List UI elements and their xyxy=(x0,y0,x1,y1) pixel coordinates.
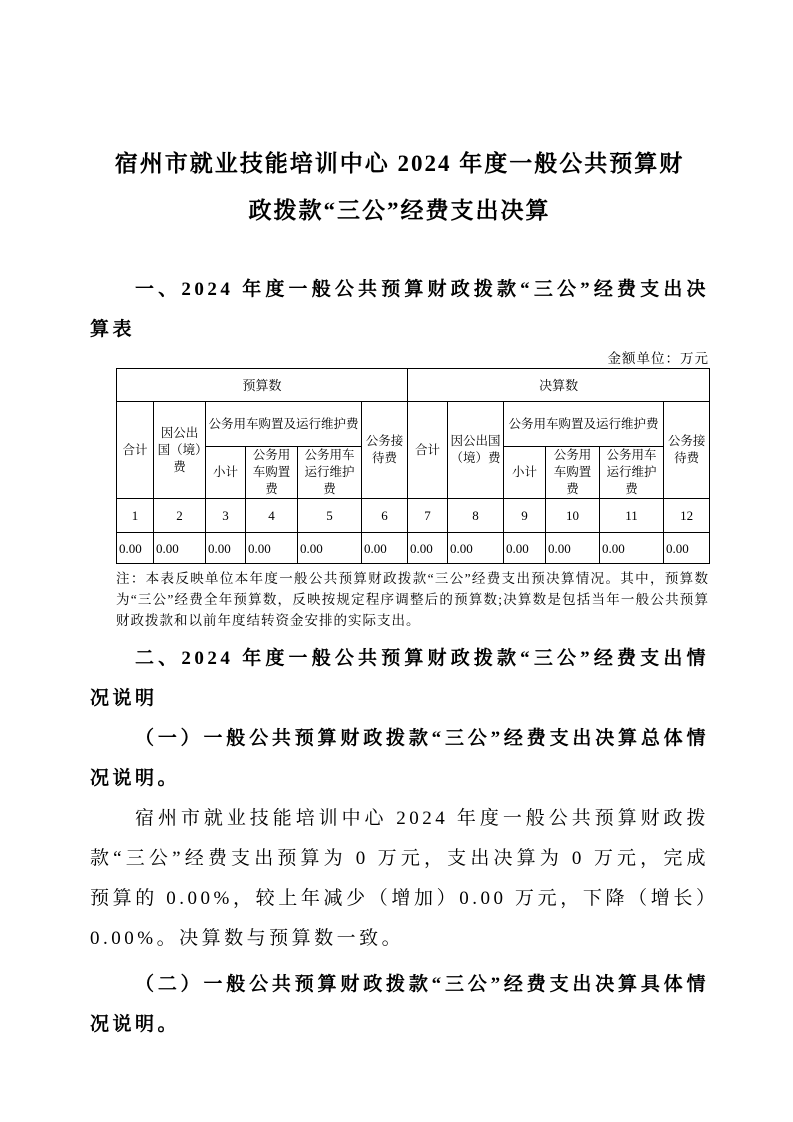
subsection-2-heading: （二）一般公共预算财政拨款“三公”经费支出决算具体情况说明。 xyxy=(90,965,709,1045)
budget-header-total: 合计 xyxy=(117,402,154,499)
budget-header-vehicle-group: 公务用车购置及运行维护费 xyxy=(206,402,362,447)
column-number-10: 10 xyxy=(546,499,600,533)
value-cell-6: 0.00 xyxy=(362,533,408,564)
final-header-abroad: 因公出国（境）费 xyxy=(448,402,504,499)
final-header-reception: 公务接待费 xyxy=(664,402,710,499)
column-number-1: 1 xyxy=(117,499,154,533)
value-cell-8: 0.00 xyxy=(448,533,504,564)
column-number-11: 11 xyxy=(600,499,664,533)
value-cell-9: 0.00 xyxy=(504,533,546,564)
value-cell-10: 0.00 xyxy=(546,533,600,564)
value-cell-7: 0.00 xyxy=(408,533,448,564)
column-number-4: 4 xyxy=(246,499,298,533)
final-header-purchase: 公务用车购置费 xyxy=(546,447,600,499)
value-cell-3: 0.00 xyxy=(206,533,246,564)
final-header-total: 合计 xyxy=(408,402,448,499)
section-2-heading: 二、2024 年度一般公共预算财政拨款“三公”经费支出情况说明 xyxy=(90,639,709,719)
section-1-heading: 一、2024 年度一般公共预算财政拨款“三公”经费支出决算表 xyxy=(90,270,709,350)
final-header-subtotal: 小计 xyxy=(504,447,546,499)
column-number-2: 2 xyxy=(154,499,206,533)
value-cell-11: 0.00 xyxy=(600,533,664,564)
column-number-row: 1 2 3 4 5 6 7 8 9 10 11 12 xyxy=(117,499,710,533)
column-number-9: 9 xyxy=(504,499,546,533)
document-page: 宿州市就业技能培训中心 2024 年度一般公共预算财 政拨款“三公”经费支出决算… xyxy=(0,0,793,1122)
value-cell-4: 0.00 xyxy=(246,533,298,564)
column-number-5: 5 xyxy=(298,499,362,533)
three-public-expenses-table: 预算数 决算数 合计 因公出国（境）费 公务用车购置及运行维护费 公务接待费 合… xyxy=(116,368,710,564)
value-cell-5: 0.00 xyxy=(298,533,362,564)
budget-header-maintenance: 公务用车运行维护费 xyxy=(298,447,362,499)
value-cell-2: 0.00 xyxy=(154,533,206,564)
amount-unit-label: 金额单位：万元 xyxy=(90,350,709,368)
budget-header-reception: 公务接待费 xyxy=(362,402,408,499)
document-title-line-1: 宿州市就业技能培训中心 2024 年度一般公共预算财 xyxy=(90,140,709,187)
column-number-7: 7 xyxy=(408,499,448,533)
subsection-1-heading: （一）一般公共预算财政拨款“三公”经费支出决算总体情况说明。 xyxy=(90,719,709,799)
column-number-8: 8 xyxy=(448,499,504,533)
column-number-3: 3 xyxy=(206,499,246,533)
table-subheader-row-1: 合计 因公出国（境）费 公务用车购置及运行维护费 公务接待费 合计 因公出国（境… xyxy=(117,402,710,447)
table-group-header-row: 预算数 决算数 xyxy=(117,369,710,402)
group-header-final: 决算数 xyxy=(408,369,710,402)
overall-situation-paragraph: 宿州市就业技能培训中心 2024 年度一般公共预算财政拨款“三公”经费支出预算为… xyxy=(90,799,709,959)
budget-header-abroad: 因公出国（境）费 xyxy=(154,402,206,499)
document-title-line-2: 政拨款“三公”经费支出决算 xyxy=(90,187,709,234)
budget-header-subtotal: 小计 xyxy=(206,447,246,499)
table-note: 注：本表反映单位本年度一般公共预算财政拨款“三公”经费支出预决算情况。其中，预算… xyxy=(116,568,709,631)
budget-header-purchase: 公务用车购置费 xyxy=(246,447,298,499)
value-row: 0.00 0.00 0.00 0.00 0.00 0.00 0.00 0.00 … xyxy=(117,533,710,564)
group-header-budget: 预算数 xyxy=(117,369,408,402)
value-cell-12: 0.00 xyxy=(664,533,710,564)
column-number-6: 6 xyxy=(362,499,408,533)
final-header-vehicle-group: 公务用车购置及运行维护费 xyxy=(504,402,664,447)
final-header-maintenance: 公务用车运行维护费 xyxy=(600,447,664,499)
value-cell-1: 0.00 xyxy=(117,533,154,564)
column-number-12: 12 xyxy=(664,499,710,533)
